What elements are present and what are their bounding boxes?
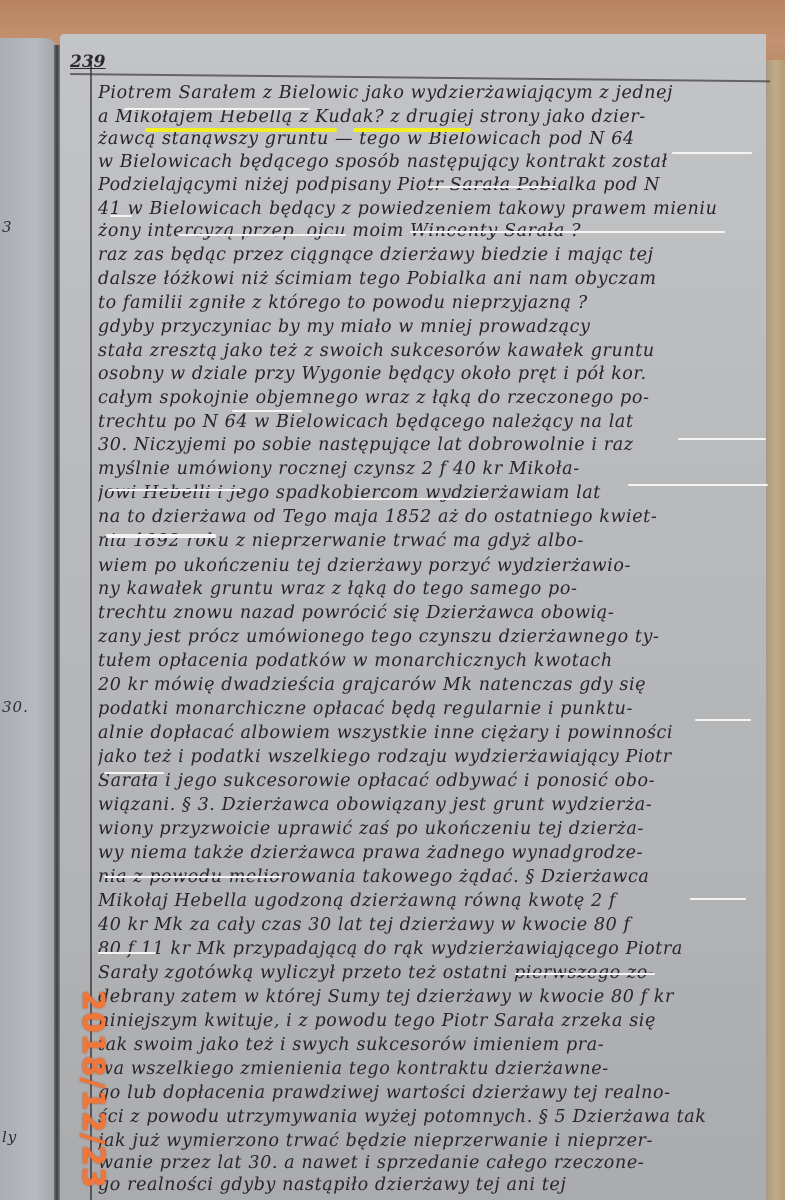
page-number: 239	[70, 52, 106, 72]
text-line: wiem po ukończeniu tej dzierżawy porzyć …	[98, 555, 770, 577]
white-underline	[98, 952, 156, 954]
left-facing-page: 3 30. ly	[0, 38, 58, 1200]
white-underline	[628, 484, 768, 486]
white-underline	[104, 876, 282, 878]
text-line: trechtu po N 64 w Bielowicach będącego n…	[98, 411, 770, 433]
white-underline	[352, 498, 488, 500]
text-line: 20 kr mówię dwadzieścia grajcarów Mk nat…	[98, 674, 770, 696]
text-line: jak już wymierzono trwać będzie nieprzer…	[98, 1130, 770, 1152]
text-line: wiony przyzwoicie uprawić zaś po ukończe…	[98, 818, 770, 840]
text-line: debrany zatem w której Sumy tej dzierżaw…	[98, 986, 770, 1008]
white-underline	[104, 772, 164, 774]
text-line: dalsze łóżkowi niż ścimiam tego Pobialka…	[98, 268, 770, 290]
left-page-fragment: ly	[2, 1128, 17, 1146]
text-line: Mikołaj Hebella ugodzoną dzierżawną równ…	[98, 890, 770, 912]
white-underline	[106, 536, 216, 538]
white-underline	[690, 898, 746, 900]
text-line: ści z powodu utrzymywania wyżej potomnyc…	[98, 1106, 770, 1128]
text-line: stała zresztą jako też z swoich sukcesor…	[98, 340, 770, 362]
text-line: osobny w dziale przy Wygonie będący okoł…	[98, 363, 770, 385]
white-underline	[515, 973, 655, 975]
white-underline	[108, 489, 242, 491]
text-line: myślnie umówiony rocznej czynsz 2 f 40 k…	[98, 458, 770, 480]
text-line: 30. Niczyjemi po sobie następujące lat d…	[98, 434, 770, 456]
photo-date-stamp: 2018/12/23	[70, 990, 110, 1200]
text-line: alnie dopłacać albowiem wszystkie inne c…	[98, 722, 770, 744]
text-line: podatki monarchiczne opłacać będą regula…	[98, 698, 770, 720]
white-underline	[672, 152, 752, 154]
text-line: go lub dopłacenia prawdziwej wartości dz…	[98, 1082, 770, 1104]
yellow-underline-kudak	[353, 128, 471, 132]
text-line: zany jest prócz umówionego tego czynszu …	[98, 626, 770, 648]
text-line: wa wszelkiego zmienienia tego kontraktu …	[98, 1058, 770, 1080]
text-line: tułem opłacenia podatków w monarchicznyc…	[98, 650, 770, 672]
white-underline	[678, 438, 766, 440]
text-line: wy niema także dzierżawca prawa żadnego …	[98, 842, 770, 864]
white-underline	[428, 186, 556, 188]
text-line: ny kawałek gruntu wraz z łąką do tego sa…	[98, 578, 770, 600]
white-underline	[695, 719, 751, 721]
text-line: niniejszym kwituje, i z powodu tego Piot…	[98, 1010, 770, 1032]
white-underline	[124, 108, 310, 110]
yellow-underline-mikolaj-hebella	[145, 128, 337, 132]
left-page-fragment: 30.	[2, 698, 29, 716]
text-line: 80 f 11 kr Mk przypadającą do rąk wydzie…	[98, 938, 770, 960]
left-page-fragment: 3	[2, 218, 13, 236]
text-line: trechtu znowu nazad powrócić się Dzierża…	[98, 602, 770, 624]
white-underline	[178, 234, 346, 236]
text-line: Piotrem Sarałem z Bielowic jako wydzierż…	[98, 82, 770, 104]
text-line: Sarała i jego sukcesorowie opłacać odbyw…	[98, 770, 770, 792]
text-line: to familii zgniłe z którego to powodu ni…	[98, 292, 770, 314]
text-line: Podzielającymi niżej podpisany Piotr Sar…	[98, 174, 770, 196]
white-underline	[410, 231, 725, 233]
text-line: 40 kr Mk za cały czas 30 lat tej dzierża…	[98, 914, 770, 936]
text-line: na to dzierżawa od Tego maja 1852 aż do …	[98, 506, 770, 528]
text-line: go realności gdyby nastąpiło dzierżawy t…	[98, 1174, 770, 1196]
white-underline	[232, 410, 302, 412]
text-line: Sarały zgotówką wyliczył przeto też osta…	[98, 962, 770, 984]
text-line: tak swoim jako też i swych sukcesorów im…	[98, 1034, 770, 1056]
text-line: wiązani. § 3. Dzierżawca obowiązany jest…	[98, 794, 770, 816]
white-underline	[110, 215, 132, 217]
text-line: raz zas będąc przez ciągnące dzierżawy b…	[98, 244, 770, 266]
text-line: jako też i podatki wszelkiego rodzaju wy…	[98, 746, 770, 768]
text-line: całym spokojnie objemnego wraz z łąką do…	[98, 387, 770, 409]
text-line: gdyby przyczyniac by my miało w mniej pr…	[98, 316, 770, 338]
text-line: wanie przez lat 30. a nawet i sprzedanie…	[98, 1152, 770, 1174]
text-line: w Bielowicach będącego sposób następując…	[98, 151, 770, 173]
text-line: 41 w Bielowicach będący z powiedzeniem t…	[98, 198, 770, 220]
